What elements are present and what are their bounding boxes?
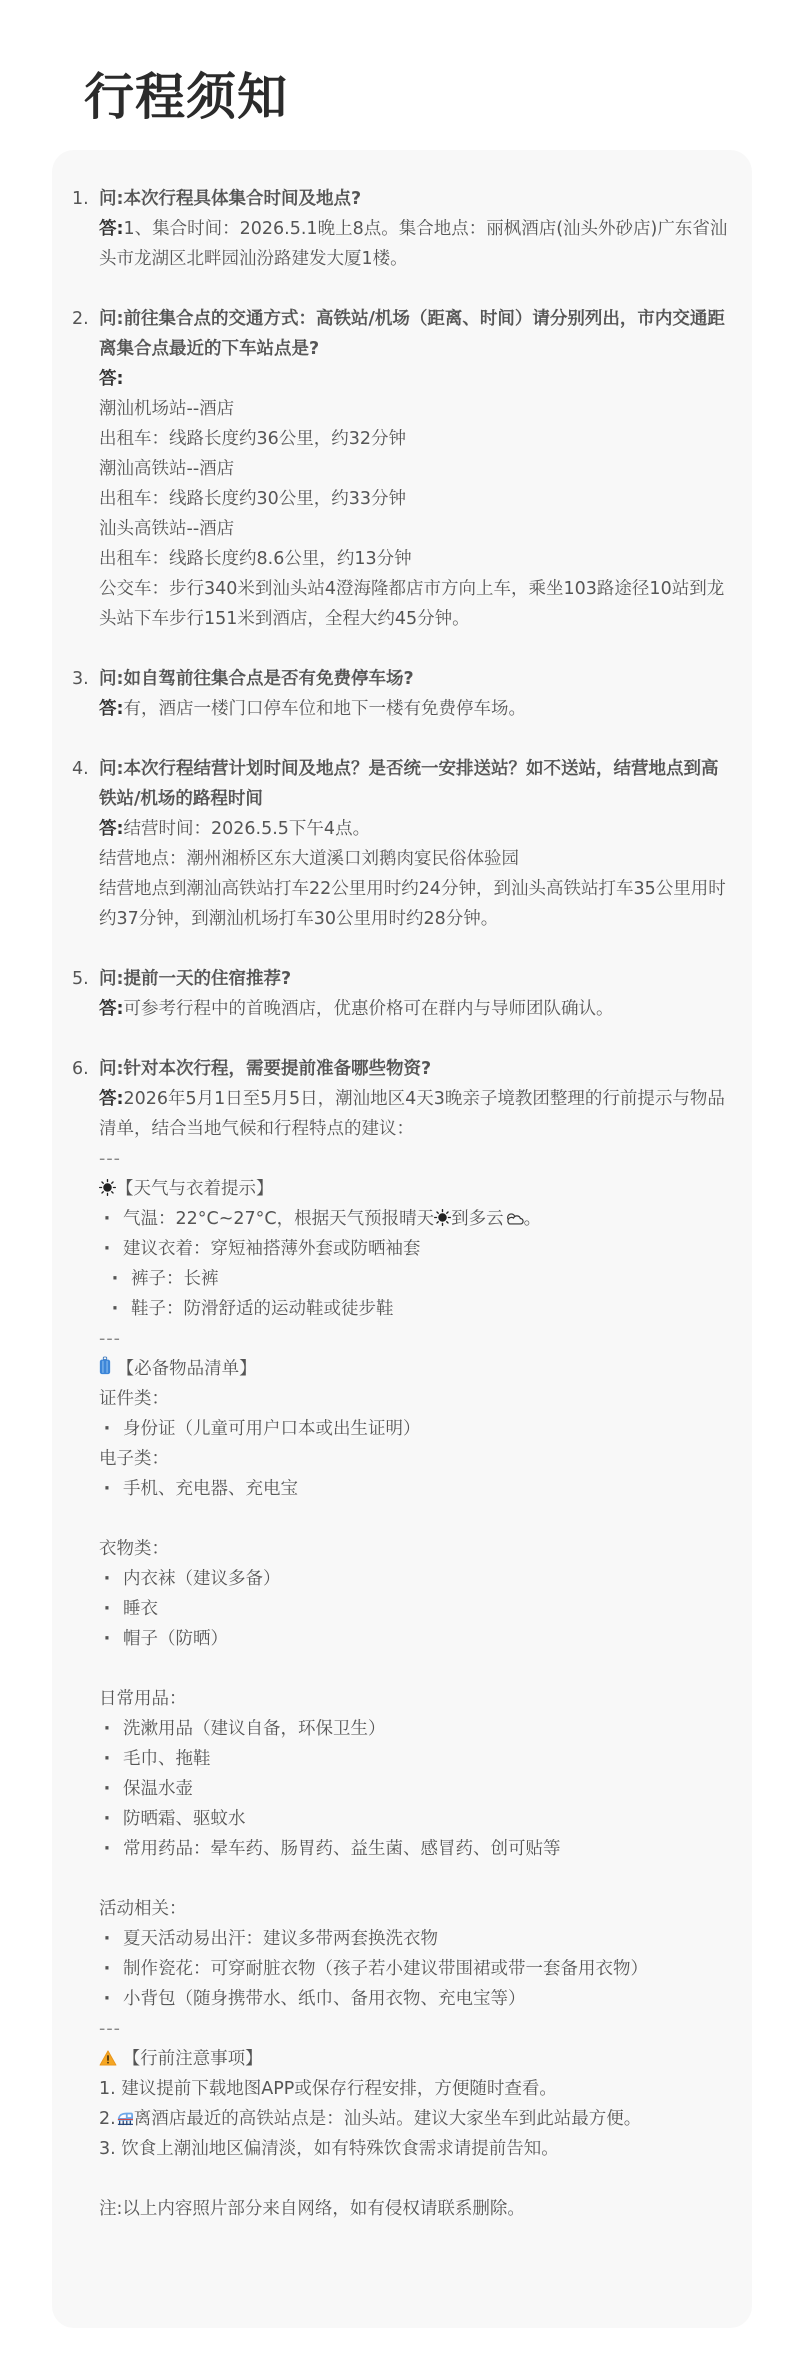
category-label: 日常用品： (99, 1684, 732, 1714)
notice-item: 3. 饮食上潮汕地区偏清淡，如有特殊饮食需求请提前告知。 (99, 2134, 732, 2164)
checklist-item: 防晒霜、驱蚊水 (99, 1804, 732, 1834)
notices-heading: 【行前注意事项】 (99, 2044, 732, 2074)
notice-item: 2. 离酒店最近的高铁站点是：汕头站。建议大家坐车到此站最方便。 (99, 2104, 732, 2134)
faq-question: 问:提前一天的住宿推荐? (99, 964, 732, 994)
answer-line: 潮汕高铁站--酒店 (99, 454, 732, 484)
answer-text: 结营时间：2026.5.5下午4点。 (124, 819, 371, 839)
faq-item: 5. 问:提前一天的住宿推荐? 答:可参考行程中的首晚酒店，优惠价格可在群内与导… (72, 964, 732, 1024)
notice-number: 3. (99, 2139, 116, 2159)
answer-line: 出租车：线路长度约8.6公里，约13分钟 (99, 544, 732, 574)
faq-number: 6. (72, 1054, 89, 1084)
notices-heading-text: 【行前注意事项】 (123, 2049, 263, 2069)
faq-answer: 答:结营时间：2026.5.5下午4点。 (99, 814, 732, 844)
shoes-item: 鞋子：防滑舒适的运动鞋或徒步鞋 (99, 1294, 732, 1324)
faq-question: 问:本次行程具体集合时间及地点? (99, 184, 732, 214)
answer-label: 答: (99, 1089, 124, 1109)
faq-item: 2. 问:前往集合点的交通方式：高铁站/机场（距离、时间）请分别列出，市内交通距… (72, 304, 732, 634)
blank-line (99, 1654, 732, 1684)
answer-text: 可参考行程中的首晚酒店，优惠价格可在群内与导师团队确认。 (124, 999, 614, 1019)
temperature-text: 。 (524, 1209, 542, 1229)
faq-card: 1. 问:本次行程具体集合时间及地点? 答:1、集合时间：2026.5.1晚上8… (52, 150, 752, 2328)
category-label: 电子类： (99, 1444, 732, 1474)
blank-line (99, 1504, 732, 1534)
answer-line: 出租车：线路长度约36公里，约32分钟 (99, 424, 732, 454)
faq-list: 1. 问:本次行程具体集合时间及地点? 答:1、集合时间：2026.5.1晚上8… (72, 184, 732, 2254)
warning-icon (99, 2050, 117, 2066)
answer-line: 潮汕机场站--酒店 (99, 394, 732, 424)
faq-item: 6. 问:针对本次行程，需要提前准备哪些物资? 答:2026年5月1日至5月5日… (72, 1054, 732, 2224)
checklist-item: 洗漱用品（建议自备，环保卫生） (99, 1714, 732, 1744)
separator: --- (99, 1144, 732, 1174)
temperature-item: 气温：22°C~27°C，根据天气预报晴天 到多云 。 (99, 1204, 732, 1234)
category-label: 衣物类： (99, 1534, 732, 1564)
notice-text: 离酒店最近的高铁站点是：汕头站。建议大家坐车到此站最方便。 (134, 2109, 642, 2129)
faq-number: 5. (72, 964, 89, 994)
answer-line: 出租车：线路长度约30公里，约33分钟 (99, 484, 732, 514)
answer-label: 答: (99, 369, 124, 389)
checklist-item: 毛巾、拖鞋 (99, 1744, 732, 1774)
faq-answer: 答:有，酒店一楼门口停车位和地下一楼有免费停车场。 (99, 694, 732, 724)
answer-label: 答: (99, 819, 124, 839)
faq-question: 问:针对本次行程，需要提前准备哪些物资? (99, 1054, 732, 1084)
checklist-item: 身份证（儿童可用户口本或出生证明） (99, 1414, 732, 1444)
faq-number: 3. (72, 664, 89, 694)
category-label: 活动相关： (99, 1894, 732, 1924)
answer-line: 结营地点到潮汕高铁站打车22公里用时约24分钟，到汕头高铁站打车35公里用时约3… (99, 874, 732, 934)
checklist-heading: 【必备物品清单】 (99, 1354, 732, 1384)
notice-number: 1. (99, 2079, 116, 2099)
checklist-item: 内衣袜（建议多备） (99, 1564, 732, 1594)
train-icon (116, 2110, 134, 2126)
temperature-text: 气温：22°C~27°C，根据天气预报晴天 (123, 1209, 434, 1229)
separator: --- (99, 1324, 732, 1354)
faq-answer: 答:1、集合时间：2026.5.1晚上8点。集合地点：丽枫酒店(汕头外砂店)广东… (99, 214, 732, 274)
checklist-item: 睡衣 (99, 1594, 732, 1624)
checklist-item: 手机、充电器、充电宝 (99, 1474, 732, 1504)
answer-line: 公交车：步行340米到汕头站4澄海隆都店市方向上车，乘坐103路途径10站到龙头… (99, 574, 732, 634)
faq-question: 问:前往集合点的交通方式：高铁站/机场（距离、时间）请分别列出，市内交通距离集合… (99, 304, 732, 364)
faq-number: 1. (72, 184, 89, 214)
answer-label: 答: (99, 999, 124, 1019)
faq-answer: 答:可参考行程中的首晚酒店，优惠价格可在群内与导师团队确认。 (99, 994, 732, 1024)
faq-question: 问:如自驾前往集合点是否有免费停车场? (99, 664, 732, 694)
notice-item: 1. 建议提前下载地图APP或保存行程安排，方便随时查看。 (99, 2074, 732, 2104)
separator: --- (99, 2014, 732, 2044)
weather-heading: 【天气与衣着提示】 (99, 1174, 732, 1204)
clothing-item: 建议衣着：穿短袖搭薄外套或防晒袖套 (99, 1234, 732, 1264)
page-title: 行程须知 (84, 62, 288, 132)
faq-number: 4. (72, 754, 89, 784)
checklist-item: 小背包（随身携带水、纸巾、备用衣物、充电宝等） (99, 1984, 732, 2014)
answer-label: 答: (99, 219, 124, 239)
faq-item: 1. 问:本次行程具体集合时间及地点? 答:1、集合时间：2026.5.1晚上8… (72, 184, 732, 274)
checklist-item: 帽子（防晒） (99, 1624, 732, 1654)
notice-text: 饮食上潮汕地区偏清淡，如有特殊饮食需求请提前告知。 (116, 2139, 559, 2159)
answer-line: 汕头高铁站--酒店 (99, 514, 732, 544)
faq-number: 2. (72, 304, 89, 334)
pants-item: 裤子：长裤 (99, 1264, 732, 1294)
blank-line (99, 1864, 732, 1894)
notice-text: 建议提前下载地图APP或保存行程安排，方便随时查看。 (116, 2079, 557, 2099)
sun-icon (434, 1209, 451, 1226)
sun-icon (99, 1179, 116, 1196)
temperature-text: 到多云 (451, 1209, 504, 1229)
faq-question: 问:本次行程结营计划时间及地点？是否统一安排送站？如不送站，结营地点到高铁站/机… (99, 754, 732, 814)
answer-label: 答: (99, 699, 124, 719)
blank-line (99, 2164, 732, 2194)
checklist-item: 保温水壶 (99, 1774, 732, 1804)
faq-item: 3. 问:如自驾前往集合点是否有免费停车场? 答:有，酒店一楼门口停车位和地下一… (72, 664, 732, 724)
checklist-item: 制作瓷花：可穿耐脏衣物（孩子若小建议带围裙或带一套备用衣物） (99, 1954, 732, 1984)
answer-text: 2026年5月1日至5月5日，潮汕地区4天3晚亲子境教团整理的行前提示与物品清单… (99, 1089, 725, 1139)
faq-item: 4. 问:本次行程结营计划时间及地点？是否统一安排送站？如不送站，结营地点到高铁… (72, 754, 732, 934)
answer-line: 结营地点：潮州湘桥区东大道溪口刘鹅肉宴民俗体验园 (99, 844, 732, 874)
answer-text: 1、集合时间：2026.5.1晚上8点。集合地点：丽枫酒店(汕头外砂店)广东省汕… (99, 219, 727, 269)
category-label: 证件类： (99, 1384, 732, 1414)
checklist-heading-text: 【必备物品清单】 (117, 1359, 257, 1379)
luggage-icon (99, 1356, 111, 1376)
faq-answer: 答:2026年5月1日至5月5日，潮汕地区4天3晚亲子境教团整理的行前提示与物品… (99, 1084, 732, 1144)
faq-answer: 答: (99, 364, 732, 394)
partly-cloudy-icon (504, 1211, 524, 1226)
notice-number: 2. (99, 2109, 116, 2129)
footnote: 注:以上内容照片部分来自网络，如有侵权请联系删除。 (99, 2194, 732, 2224)
weather-heading-text: 【天气与衣着提示】 (116, 1179, 274, 1199)
answer-text: 有，酒店一楼门口停车位和地下一楼有免费停车场。 (124, 699, 527, 719)
checklist-item: 夏天活动易出汗：建议多带两套换洗衣物 (99, 1924, 732, 1954)
checklist-item: 常用药品：晕车药、肠胃药、益生菌、感冒药、创可贴等 (99, 1834, 732, 1864)
